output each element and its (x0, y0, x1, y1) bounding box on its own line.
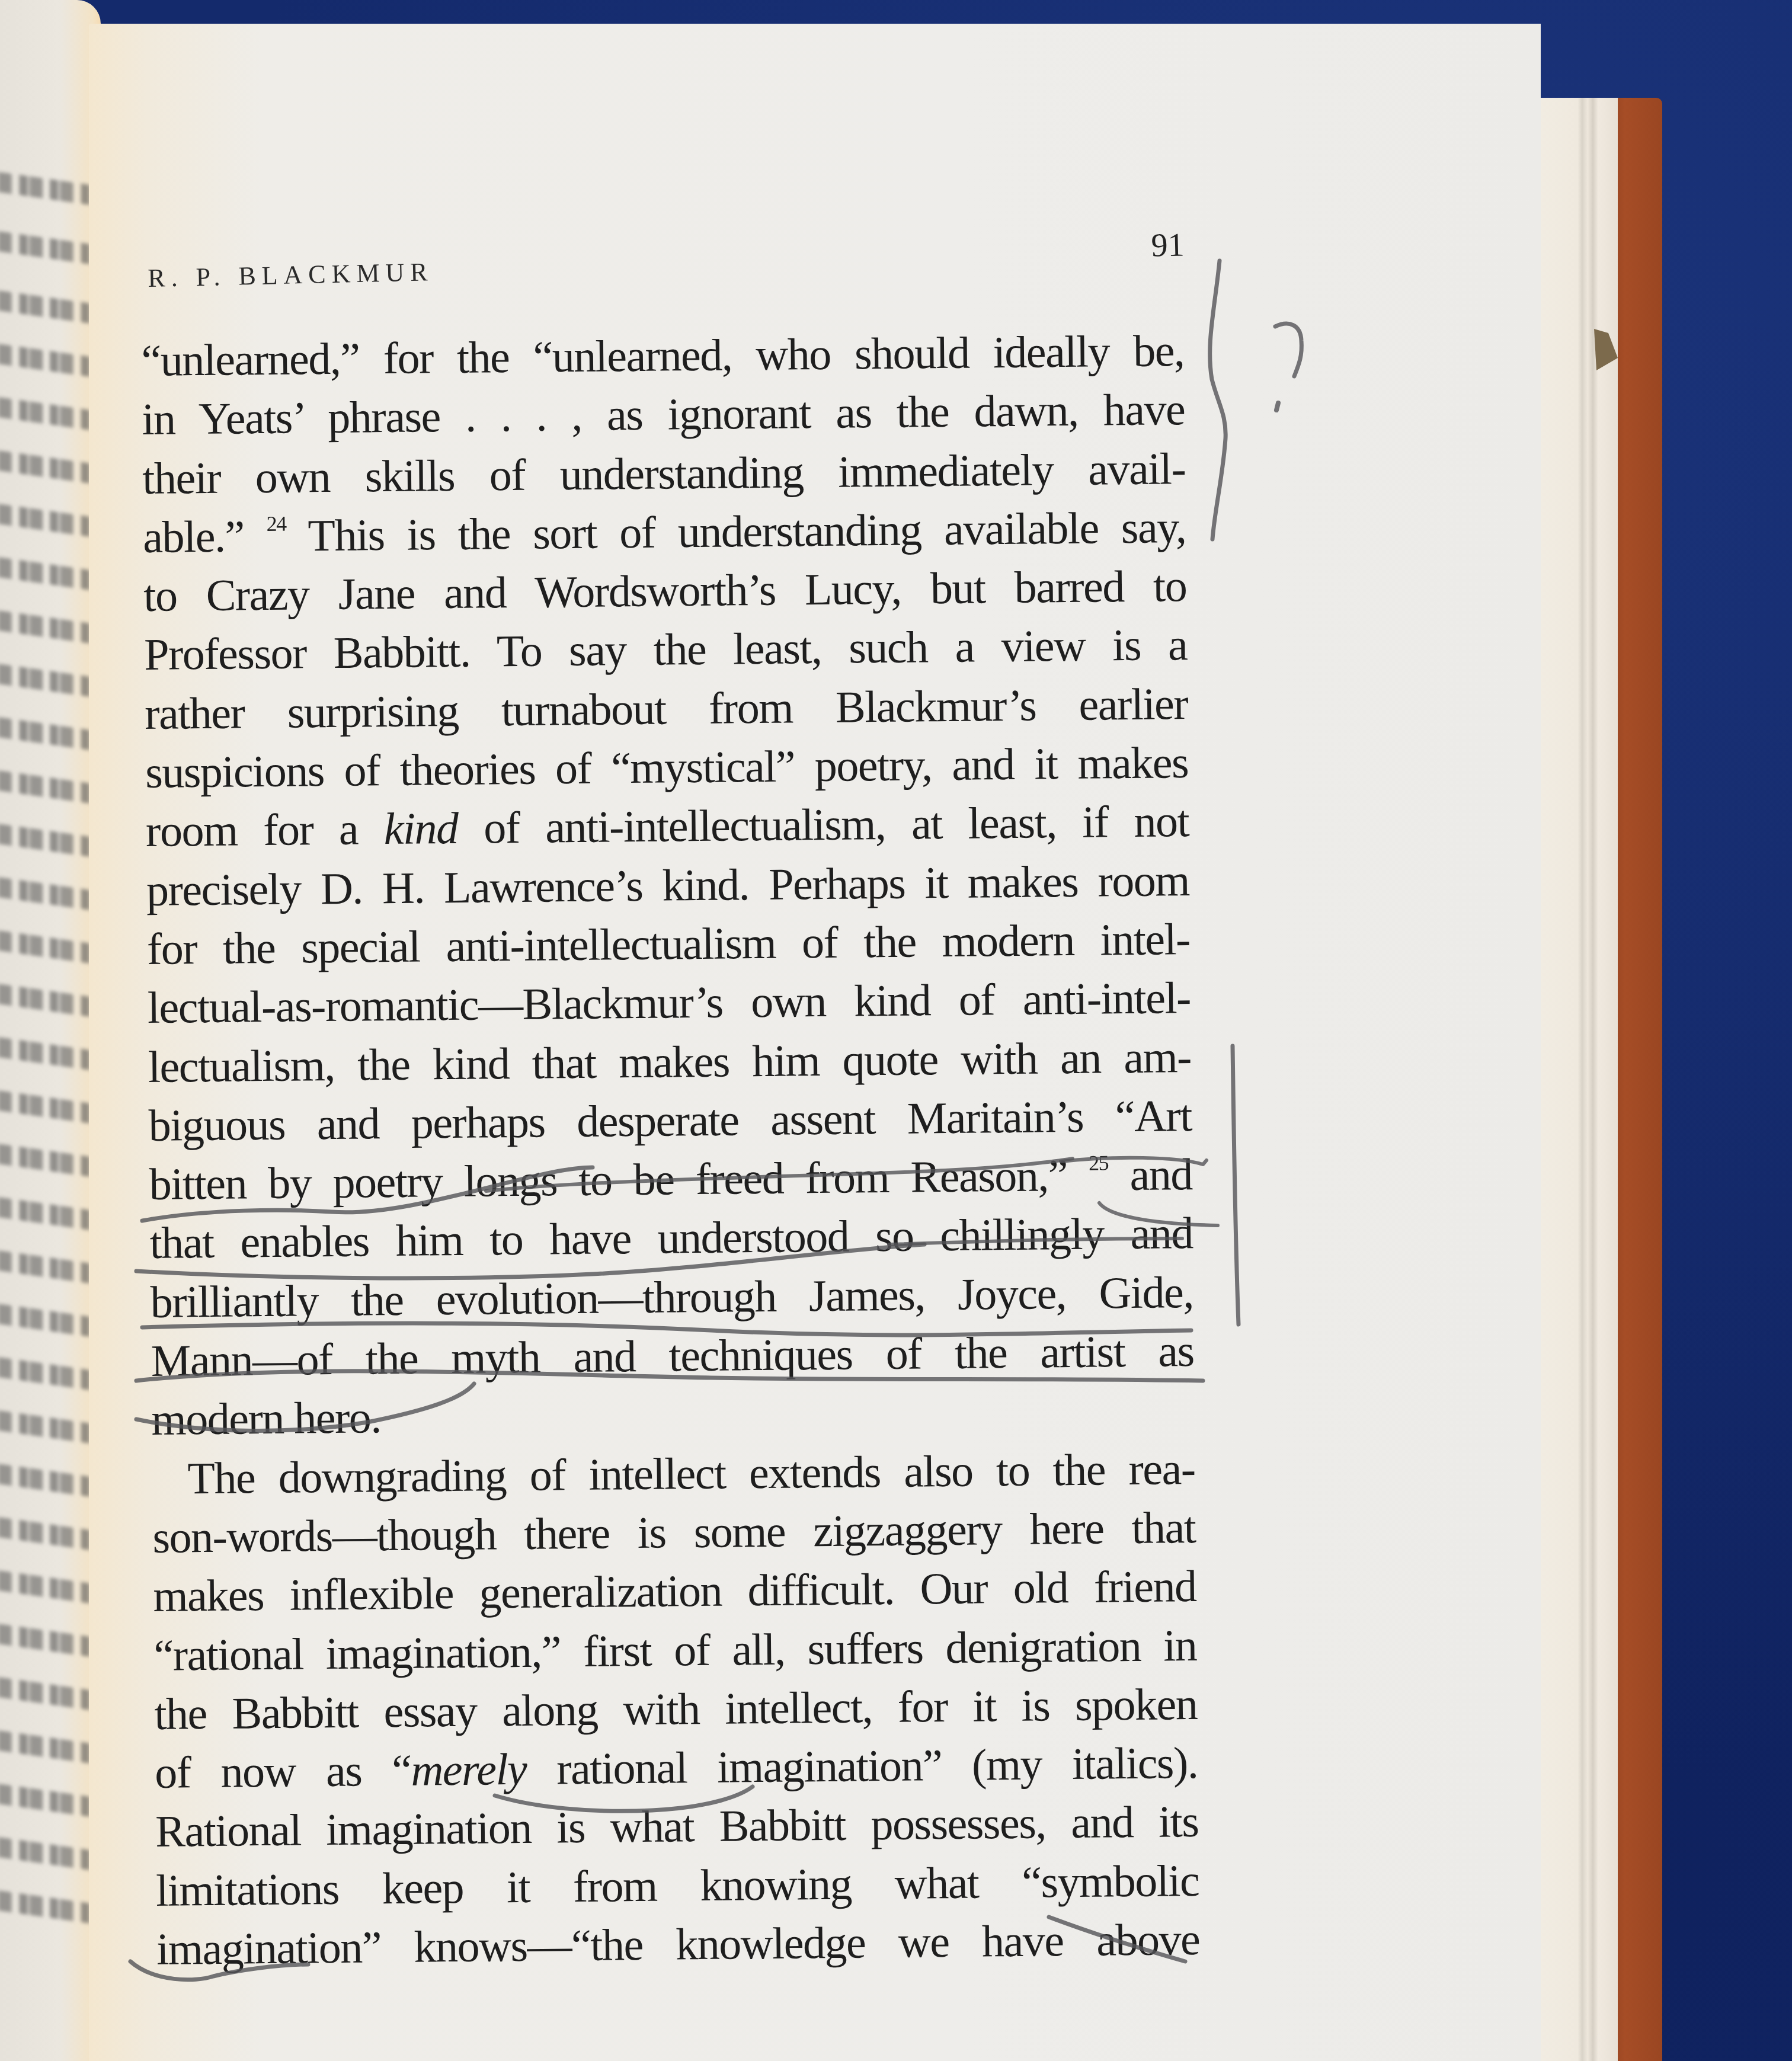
blurred-text-line (0, 929, 92, 964)
text-segment: able.” (143, 511, 244, 562)
text-line: limitations keep it from knowing what “s… (156, 1852, 1199, 1921)
text-segment: rational imagination” (my italics). (526, 1738, 1198, 1794)
blurred-text-line (0, 1782, 92, 1817)
text-segment: This is the sort of understanding availa… (286, 503, 1186, 561)
text-line: in Yeats’ phrase . . . , as ignorant as … (142, 380, 1185, 449)
text-line: that enables him to have understood so c… (149, 1204, 1193, 1273)
blurred-text-line (0, 343, 92, 377)
text-line: brilliantly the evolution—through James,… (150, 1263, 1193, 1332)
text-line: The downgrading of intellect extends als… (152, 1440, 1195, 1509)
blurred-text-line (0, 1142, 92, 1177)
text-line: makes inflexible generalization difficul… (153, 1557, 1196, 1626)
text-line: son-words—though there is some zigzagger… (152, 1499, 1196, 1567)
left-facing-page (0, 0, 101, 2061)
blurred-text-line (0, 1836, 92, 1871)
blurred-text-line (0, 503, 92, 537)
footnote-ref: 25 (1089, 1151, 1108, 1175)
blurred-text-line (0, 230, 92, 265)
text-line: able.” 24 This is the sort of understand… (143, 498, 1186, 567)
blurred-text-line (0, 1302, 92, 1337)
torn-page-nick (1594, 329, 1618, 370)
blurred-text-line (0, 1729, 92, 1764)
italic-word: kind (383, 804, 458, 854)
blurred-text-line (0, 823, 92, 857)
text-line: imagination” knows—“the knowledge we hav… (156, 1910, 1200, 1979)
blurred-text-line (0, 1516, 92, 1551)
text-line: lectual-as-romantic—Blackmur’s own kind … (147, 969, 1191, 1038)
text-line: to Crazy Jane and Wordsworth’s Lucy, but… (143, 557, 1187, 626)
text-line: modern hero. (151, 1381, 1195, 1449)
blurred-text-line (0, 1676, 92, 1711)
text-line: suspicions of theories of “mystical” poe… (145, 734, 1189, 802)
blurred-text-line (0, 663, 92, 697)
blurred-text-line (0, 983, 92, 1017)
text-line: rather surprising turnabout from Blackmu… (145, 675, 1188, 744)
blurred-text-line (0, 1569, 92, 1604)
blurred-text-line (0, 716, 92, 751)
body-text: “unlearned,” for the “unlearned, who sho… (141, 322, 1200, 1979)
blurred-text-line (0, 1356, 92, 1391)
text-line: of now as “merely rational imagination” … (155, 1734, 1198, 1803)
text-line: “unlearned,” for the “unlearned, who sho… (141, 322, 1185, 391)
blurred-text-line (0, 171, 92, 206)
text-line: Professor Babbitt. To say the least, suc… (144, 616, 1188, 685)
blurred-text-line (0, 1462, 92, 1497)
text-line: Rational imagination is what Babbitt pos… (155, 1793, 1199, 1861)
blurred-text-line (0, 876, 92, 911)
running-head-author: R. P. BLACKMUR (148, 257, 434, 293)
blurred-text-line (0, 289, 92, 324)
blurred-text-line (0, 1889, 92, 1924)
text-line: lectualism, the kind that makes him quot… (148, 1028, 1191, 1097)
text-segment: room for a (146, 804, 384, 856)
blurred-text-line (0, 556, 92, 591)
blurred-text-line (0, 1622, 92, 1657)
blurred-text-line (0, 1196, 92, 1231)
page-stack-edge (1529, 98, 1618, 2061)
blurred-text-line (0, 1036, 92, 1071)
page-number: 91 (1151, 226, 1185, 264)
text-line: “rational imagination,” first of all, su… (153, 1617, 1197, 1685)
blurred-text-line (0, 609, 92, 644)
text-line: bitten by poetry longs to be freed from … (149, 1145, 1192, 1214)
blurred-text-line (0, 1089, 92, 1124)
text-line: the Babbitt essay along with intellect, … (154, 1675, 1198, 1744)
blurred-text-line (0, 1249, 92, 1284)
text-segment: of anti-intellectualism, at least, if no… (457, 796, 1189, 853)
blurred-text-line (0, 449, 92, 484)
text-segment: bitten by poetry longs to be freed from … (149, 1151, 1067, 1209)
text-segment: of now as “ (155, 1746, 411, 1798)
text-line: room for a kind of anti-intellectualism,… (146, 792, 1189, 861)
text-line: their own skills of understanding immedi… (142, 440, 1186, 508)
text-line: for the special anti-intellectualism of … (147, 910, 1191, 979)
text-line: precisely D. H. Lawrence’s kind. Perhaps… (146, 852, 1190, 920)
text-line: Mann—of the myth and techniques of the a… (151, 1322, 1194, 1391)
text-line: biguous and perhaps desperate assent Mar… (148, 1087, 1192, 1156)
blurred-text-line (0, 769, 92, 804)
text-segment: and (1108, 1150, 1192, 1200)
italic-word: merely (411, 1745, 527, 1796)
footnote-ref: 24 (266, 512, 286, 536)
blurred-text-line (0, 1409, 92, 1444)
blurred-text-line (0, 396, 92, 431)
